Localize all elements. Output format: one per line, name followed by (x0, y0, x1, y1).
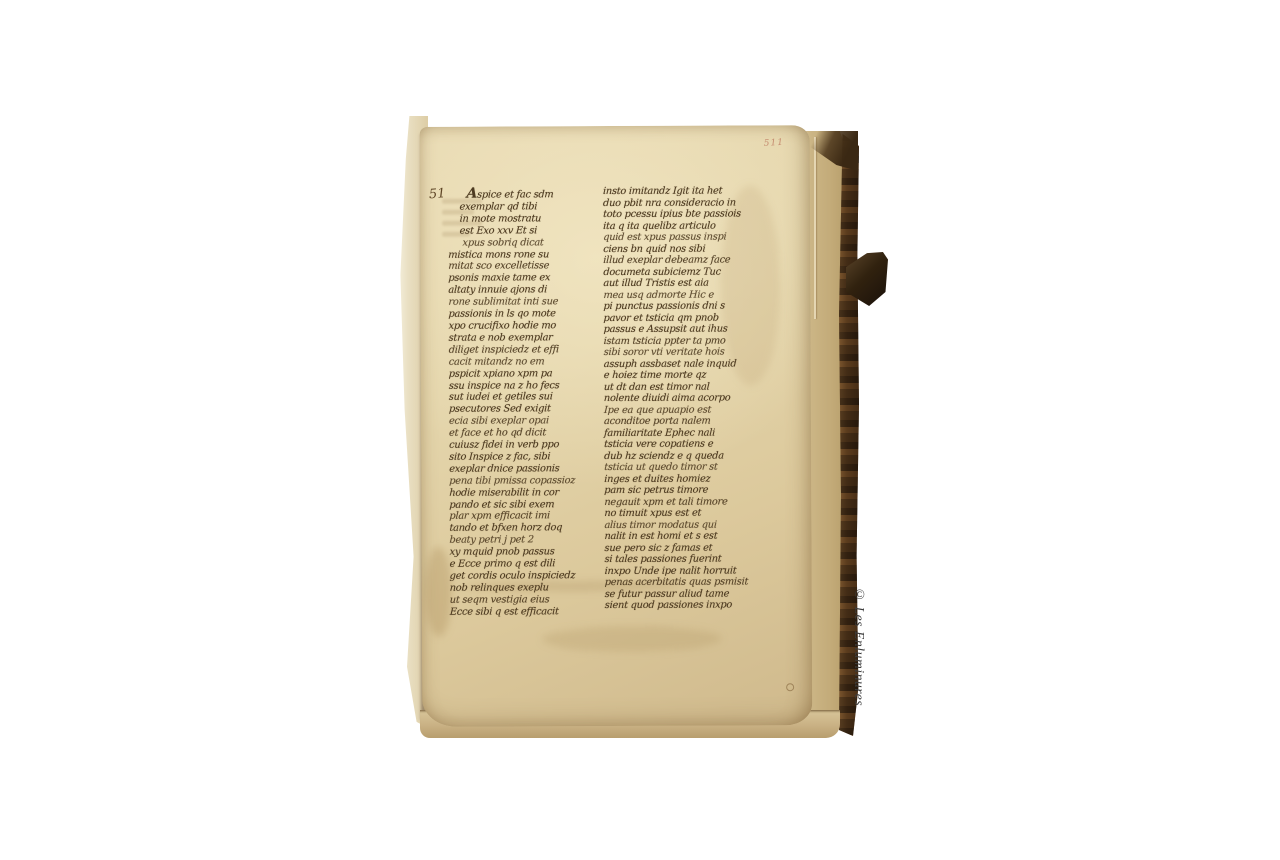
parchment-stain (542, 626, 722, 653)
manuscript-text-line: e Ecce primo q est dili (449, 558, 606, 571)
manuscript-text-line: e hoiez time morte qz (604, 369, 773, 381)
manuscript-text-line: sibi soror vti veritate hois (603, 346, 772, 358)
manuscript-text-line: tando et bfxen horz doq (449, 522, 606, 535)
manuscript-text-line: cuiusz fidei in verb ppo (449, 439, 606, 452)
manuscript-text-line: xpo crucifixo hodie mo (448, 320, 605, 333)
manuscript-text-line: ciens bn quid nos sibi (603, 243, 772, 255)
manuscript-text-line: se futur passur aliud tame (604, 588, 773, 600)
manuscript-text-line: nob relinques exeplu (449, 582, 606, 595)
manuscript-text-line: pi punctus passionis dni s (603, 300, 772, 312)
manuscript-text-line: diliget inspiciedz et effi (448, 344, 605, 357)
manuscript-text-line: istam tsticia ppter ta pmo (603, 335, 772, 347)
manuscript-text-line: penas acerbitatis quas psmisit (604, 576, 773, 588)
manuscript-text-line: pspicit xpiano xpm pa (448, 368, 605, 381)
manuscript-text-line: est Exo xxv Et si (448, 225, 605, 238)
manuscript-photo: 51 511 Aspice et fac sdm exemplar qd tib… (0, 0, 1280, 860)
parchment-stain (426, 547, 452, 637)
manuscript-page: 51 511 Aspice et fac sdm exemplar qd tib… (420, 125, 813, 727)
manuscript-text-line: pena tibi pmissa copassioz (449, 475, 606, 488)
manuscript-text-line: dub hz sciendz e q queda (604, 450, 773, 462)
manuscript-text-line: Ecce sibi q est efficacit (450, 606, 607, 619)
manuscript-text-line: pam sic petrus timore (604, 484, 773, 496)
manuscript-text-line: negauit xpm et tali timore (604, 496, 773, 508)
manuscript-text-line: inxpo Unde ipe nalit horruit (604, 565, 773, 577)
manuscript-text-line: ut seqm vestigia eius (449, 594, 606, 607)
manuscript-text-line: alius timor modatus qui (604, 519, 773, 531)
manuscript-text-line: familiaritate Ephec nali (604, 427, 773, 439)
manuscript-text-line: sut iudei et getiles sui (449, 391, 606, 404)
manuscript-text-line: ecia sibi exeplar opai (449, 415, 606, 428)
manuscript-text-line: sito Inspice z fac, sibi (449, 451, 606, 464)
manuscript-text-line: sue pero sic z famas et (604, 542, 773, 554)
text-column-2: insto imitandz Igit ita hetduo pbit nra … (603, 185, 773, 626)
manuscript-text-line: ut dt dan est timor nal (604, 381, 773, 393)
ring-stain-mark (786, 683, 794, 691)
manuscript-text-line: xpus sobriq dicat (448, 237, 605, 250)
manuscript-text-line: tsticia ut quedo timor st (604, 461, 773, 473)
manuscript-text-line: Ipe ea que apuapio est (604, 404, 773, 416)
manuscript-text-line: ita q ita quelibz articulo (603, 220, 772, 232)
manuscript-text-line: get cordis oculo inspiciedz (449, 570, 606, 583)
page-edge-ridge (814, 137, 816, 319)
manuscript-text-line: toto pcessu ipius bte passiois (603, 208, 772, 220)
manuscript-text-line: cacit mitandz no em (448, 356, 605, 369)
manuscript-text-line: psonis maxie tame ex (448, 272, 605, 285)
manuscript-text-line: quid est xpus passus inspi (603, 231, 772, 243)
manuscript-text-line: exemplar qd tibi (448, 201, 605, 214)
manuscript-text-line: xy mquid pnob passus (449, 546, 606, 559)
manuscript-text-line: assuph assbaset nale inquid (603, 358, 772, 370)
manuscript-text-line: psecutores Sed exigit (449, 403, 606, 416)
manuscript-text-line: exeplar dnice passionis (449, 463, 606, 476)
manuscript-text-line: si tales passiones fuerint (604, 553, 773, 565)
manuscript-text-line: altaty innuie ajons di (448, 284, 605, 297)
folio-number: 51 (428, 186, 446, 202)
manuscript-text-line: passus e Assupsit aut ihus (603, 323, 772, 335)
manuscript-text-line: Aspice et fac sdm (448, 188, 605, 202)
manuscript-text-line: nolente diuidi aima acorpo (604, 392, 773, 404)
faint-foliation-number: 511 (764, 138, 785, 149)
manuscript-text-line: duo pbit nra consideracio in (603, 197, 772, 209)
manuscript-text-line: hodie miserabilit in cor (449, 487, 606, 500)
manuscript-text-line: in mote mostratu (448, 213, 605, 226)
manuscript-text-line: rone sublimitat inti sue (448, 296, 605, 309)
manuscript-text-line: inges et duites homiez (604, 473, 773, 485)
manuscript-text-line: illud exeplar debeamz face (603, 254, 772, 266)
manuscript-text-line: nalit in est homi et s est (604, 530, 773, 542)
manuscript-text-line: et face et ho qd dicit (449, 427, 606, 440)
manuscript-text-line: strata e nob exemplar (448, 332, 605, 345)
copyright-credit: © Les Enluminures (851, 587, 867, 727)
manuscript-text-line: pavor et tsticia qm pnob (603, 312, 772, 324)
manuscript-text-line: insto imitandz Igit ita het (603, 185, 772, 197)
manuscript-text-line: documeta subiciemz Tuc (603, 266, 772, 278)
text-column-1: Aspice et fac sdm exemplar qd tibi in mo… (448, 188, 606, 621)
manuscript-text-line: mea usq admorte Hic e (603, 289, 772, 301)
manuscript-text-line: sient quod passiones inxpo (605, 599, 774, 611)
manuscript-text-line: tsticia vere copatiens e (604, 438, 773, 450)
manuscript-text-line: aut illud Tristis est aia (603, 277, 772, 289)
manuscript-text-line: aconditoe porta nalem (604, 415, 773, 427)
manuscript-text-line: passionis in ls qo mote (448, 308, 605, 321)
manuscript-text-line: beaty petri j pet 2 (449, 534, 606, 547)
manuscript-text-line: no timuit xpus est et (604, 507, 773, 519)
